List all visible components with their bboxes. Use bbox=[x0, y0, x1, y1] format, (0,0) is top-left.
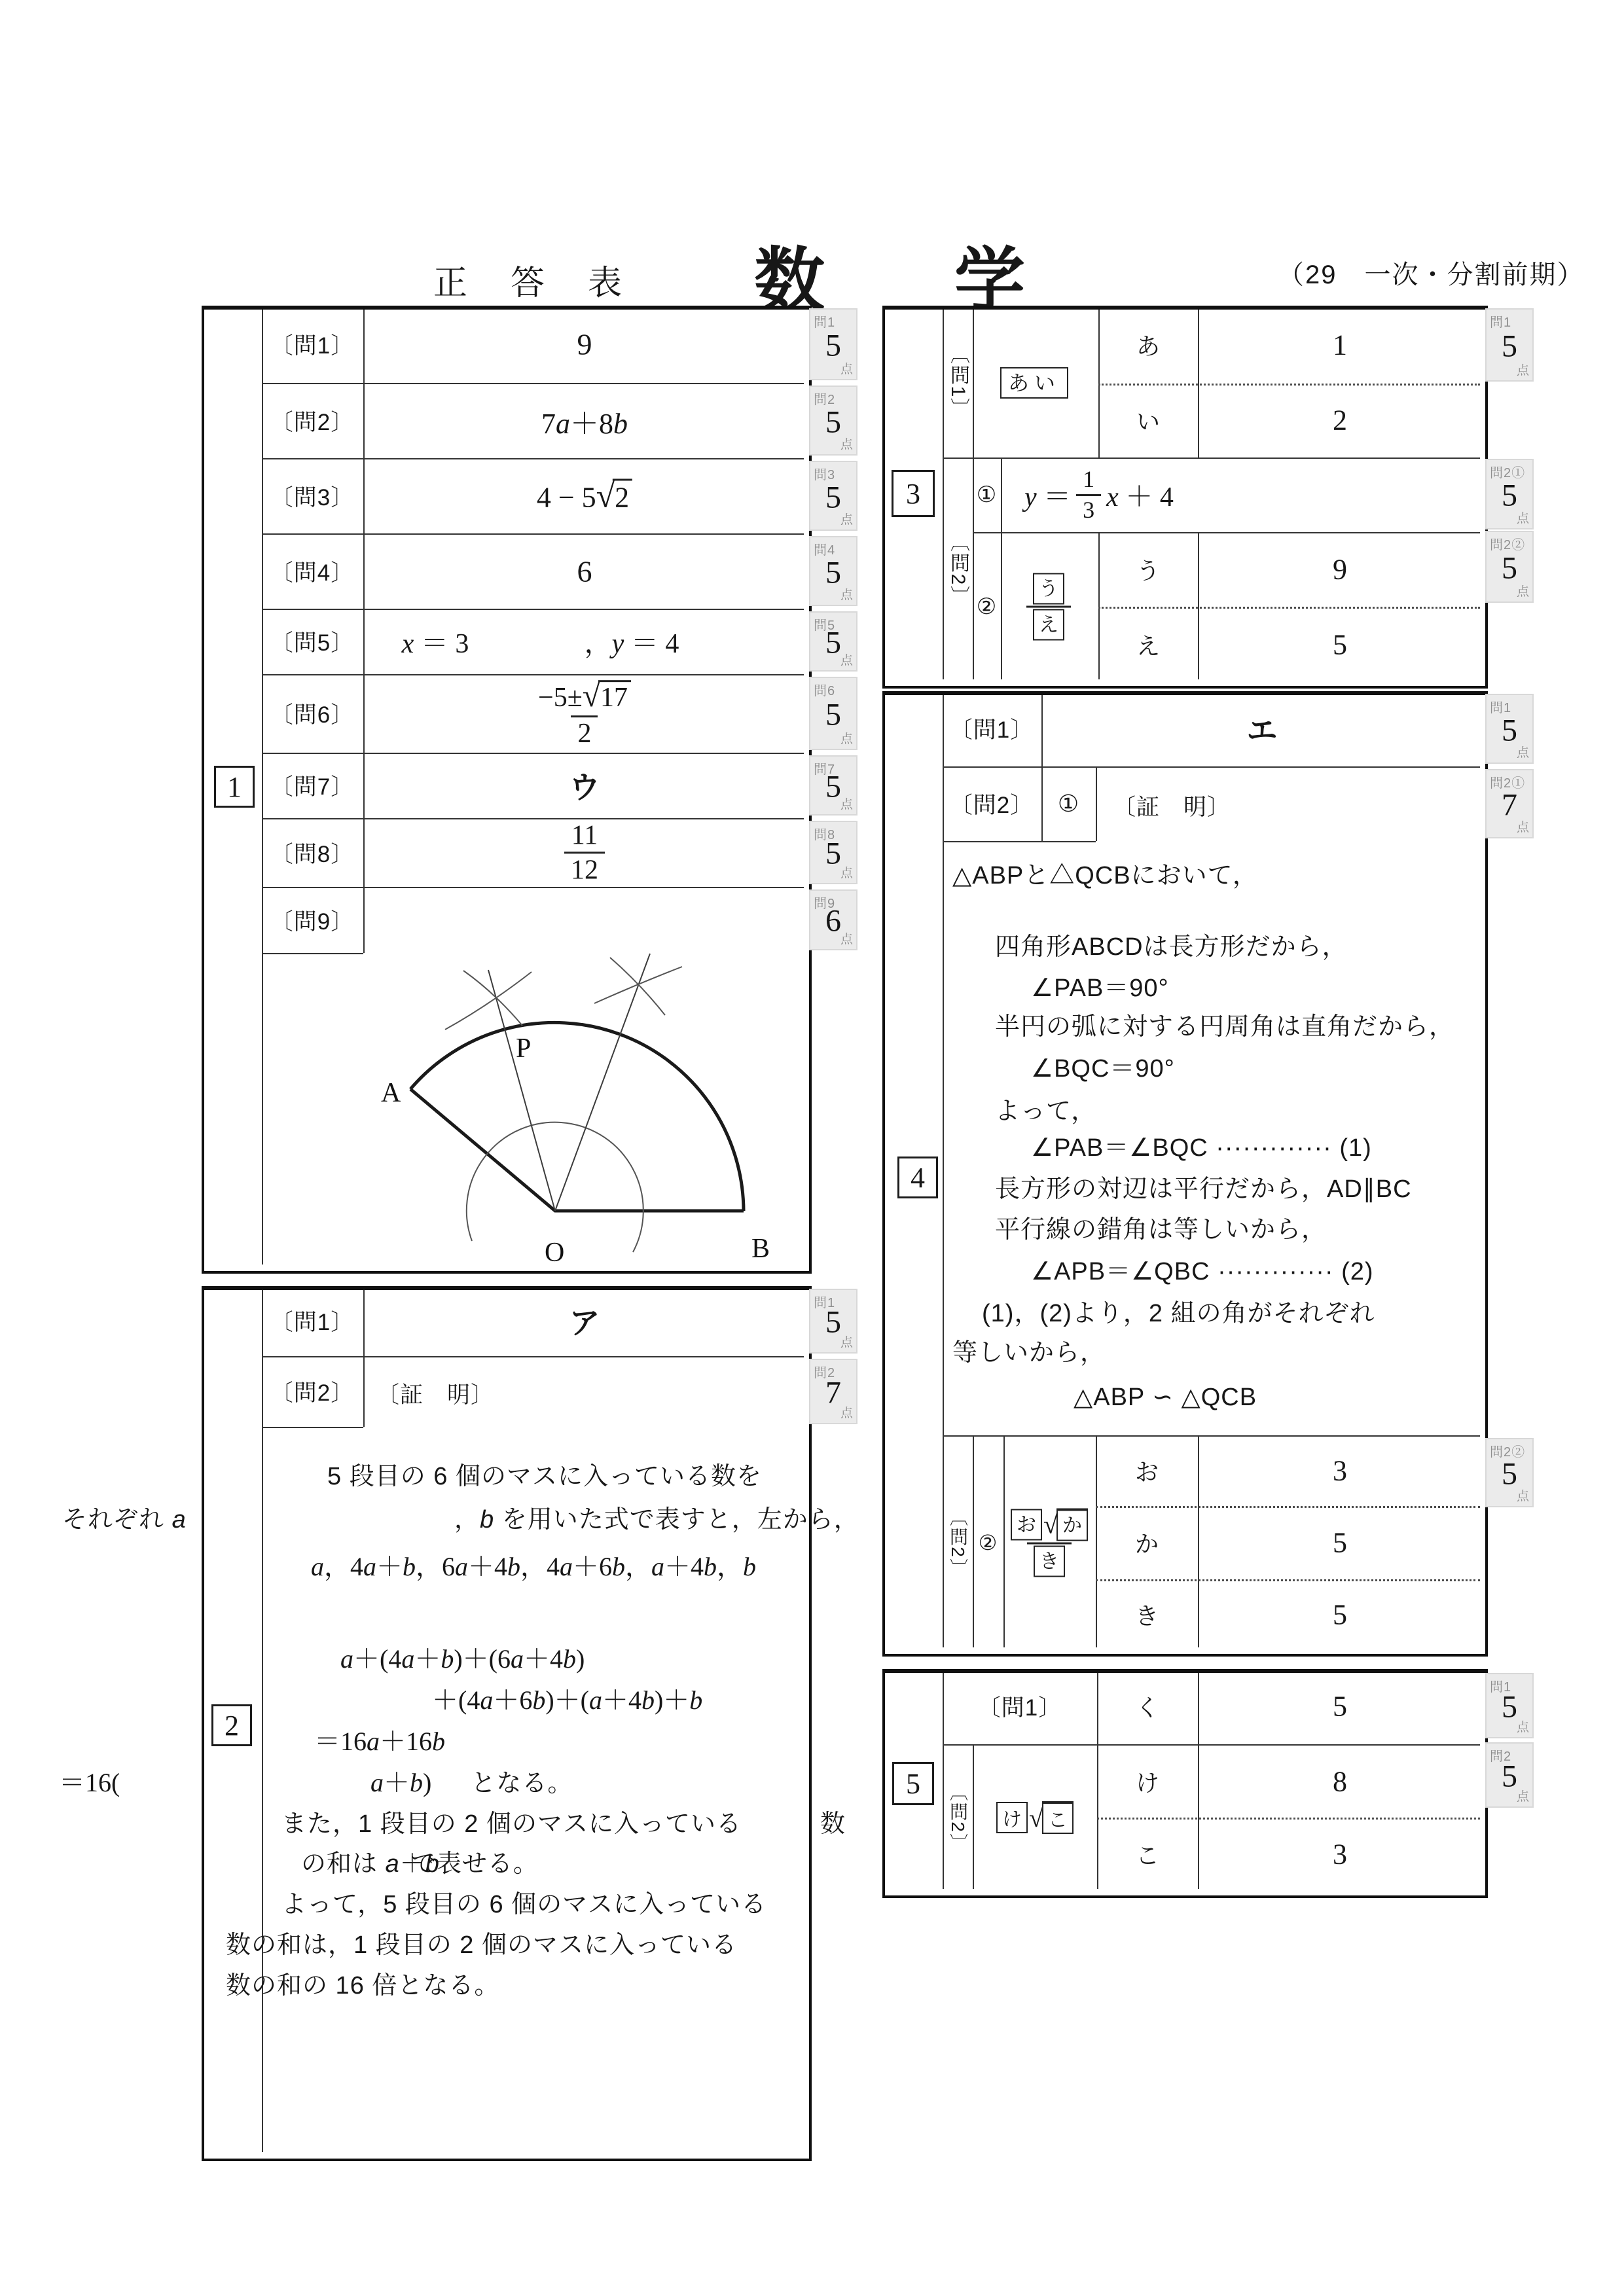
jp-text: また，1 段目の 2 個のマスに入っている bbox=[281, 1810, 742, 1838]
badge-score: 5 bbox=[825, 554, 841, 590]
table4-divider bbox=[1096, 1435, 1097, 1647]
fraction-numerator: 11 bbox=[565, 820, 604, 852]
proof-line: また，1 段目の 2 個のマスに入っている数 bbox=[281, 1803, 846, 1839]
table1-q6-answer: −5±√17 2 bbox=[532, 678, 638, 749]
score-badge: 問15点 bbox=[1485, 308, 1534, 382]
proof-line: ，b を用いた式で表すと，左から， bbox=[454, 1499, 859, 1535]
table4-q1-answer: エ bbox=[1247, 707, 1278, 751]
construction-diagram: A P O B bbox=[367, 952, 812, 1266]
badge-label: 問6 bbox=[814, 680, 835, 699]
fraction: 11 12 bbox=[564, 820, 605, 885]
badge-score: 5 bbox=[1502, 478, 1517, 514]
table4-q2-label: 〔問2〕 bbox=[950, 787, 1034, 820]
badge-unit: 点 bbox=[840, 729, 853, 747]
kana-cell: く bbox=[1136, 1690, 1159, 1723]
proof-line: 数の和の 16 倍となる。 bbox=[226, 1965, 499, 2001]
kana-cell: お bbox=[1135, 1454, 1159, 1488]
fraction: 13 bbox=[1076, 467, 1101, 523]
table2-q1-label: 〔問1〕 bbox=[270, 1304, 354, 1337]
boxed-kana: う bbox=[1033, 573, 1064, 605]
boxed-fraction: う え bbox=[1026, 573, 1071, 641]
table3-dotted-line bbox=[1098, 607, 1480, 609]
badge-unit: 点 bbox=[1517, 743, 1529, 761]
table3-divider bbox=[1198, 532, 1199, 679]
boxed-kana-radicand: こ bbox=[1042, 1801, 1074, 1834]
table5-row-line bbox=[943, 1744, 1480, 1746]
proof-line: 5 段目の 6 個のマスに入っている数を bbox=[327, 1456, 762, 1492]
fraction-denominator: 3 bbox=[1076, 494, 1101, 524]
boxed-kana: あい bbox=[1000, 367, 1068, 399]
expression-text: 4 − 5 bbox=[537, 482, 596, 514]
proof-line: ∠PAB＝90° bbox=[1031, 967, 1169, 1003]
table1-q9-label: 〔問9〕 bbox=[270, 904, 354, 937]
badge-unit: 点 bbox=[1517, 1787, 1529, 1804]
fraction-numerator: お√か bbox=[1004, 1509, 1094, 1543]
table2-divider bbox=[363, 1290, 365, 1427]
table4-divider bbox=[943, 695, 944, 1647]
score-badge: 問2②5点 bbox=[1485, 1438, 1534, 1507]
value-cell: 2 bbox=[1333, 404, 1347, 437]
badge-unit: 点 bbox=[840, 1403, 853, 1421]
table3-divider bbox=[1001, 457, 1002, 679]
table4-dotted-line bbox=[1096, 1579, 1480, 1581]
badge-score: 5 bbox=[1502, 1456, 1517, 1492]
table1-row-line bbox=[262, 818, 804, 819]
table3-q1-label: 〔問1〕 bbox=[943, 344, 972, 420]
table5-section-number: 5 bbox=[892, 1762, 934, 1805]
table1-divider bbox=[262, 310, 263, 1265]
badge-score: 7 bbox=[825, 1374, 841, 1410]
table1-q8-label: 〔問8〕 bbox=[270, 836, 354, 869]
proof-line: 等しいから， bbox=[952, 1332, 1106, 1368]
score-badge: 問96点 bbox=[809, 889, 857, 950]
fraction-denominator: 12 bbox=[564, 852, 605, 886]
proof-line: 長方形の対辺は平行だから，AD∥BC bbox=[995, 1168, 1412, 1204]
math-text: a＋b) bbox=[370, 1768, 431, 1797]
value-cell: 3 bbox=[1333, 1838, 1347, 1871]
badge-score: 7 bbox=[1502, 787, 1517, 823]
table5-divider bbox=[973, 1744, 974, 1889]
compass-arc-cross1 bbox=[463, 971, 522, 1026]
sub-number-2: ② bbox=[977, 594, 996, 620]
boxed-kana: お bbox=[1011, 1509, 1042, 1541]
boxed-kana: え bbox=[1033, 609, 1064, 641]
table1-q2-label: 〔問2〕 bbox=[270, 404, 354, 437]
sqrt-expression: √17 bbox=[583, 683, 631, 713]
badge-score: 5 bbox=[1502, 1689, 1517, 1725]
table5-dotted-line bbox=[1097, 1818, 1480, 1820]
badge-unit: 点 bbox=[1517, 509, 1529, 526]
badge-unit: 点 bbox=[840, 929, 853, 947]
proof-line: a＋b)となる。 bbox=[370, 1762, 573, 1799]
table5-divider bbox=[1198, 1673, 1199, 1889]
compass-arc-small bbox=[467, 1122, 643, 1252]
badge-unit: 点 bbox=[840, 359, 853, 377]
table3-section-number: 3 bbox=[892, 470, 935, 517]
boxed-fraction: お√か き bbox=[1004, 1509, 1094, 1577]
table5-q2-answer-box: け√こ bbox=[996, 1801, 1074, 1834]
value-cell: 1 bbox=[1333, 329, 1347, 362]
proof-line: 数の和は，1 段目の 2 個のマスに入っている bbox=[226, 1924, 737, 1960]
kana-cell: き bbox=[1135, 1598, 1159, 1632]
construction-line-left bbox=[488, 970, 555, 1211]
badge-unit: 点 bbox=[1517, 582, 1529, 600]
badge-score: 5 bbox=[825, 836, 841, 872]
proof-line: ＝16a＋16b bbox=[314, 1721, 445, 1758]
proof-line: a，4a＋b，6a＋4b，4a＋6b，a＋4b，b bbox=[311, 1546, 756, 1583]
proof-line: ∠PAB＝∠BQC ············· (1) bbox=[1031, 1127, 1372, 1163]
table5-divider bbox=[1097, 1673, 1098, 1889]
table4-proof-heading: 〔証 明〕 bbox=[1113, 789, 1231, 822]
kana-cell: け bbox=[1136, 1765, 1159, 1799]
table4-divider bbox=[1096, 766, 1097, 841]
table2-frame bbox=[202, 1286, 812, 2161]
badge-score: 6 bbox=[825, 903, 841, 939]
badge-score: 5 bbox=[825, 479, 841, 515]
table4-dotted-line bbox=[1096, 1506, 1480, 1508]
fraction-denominator: え bbox=[1026, 606, 1071, 641]
table1-q7-answer: ウ bbox=[569, 764, 600, 808]
badge-unit: 点 bbox=[840, 585, 853, 603]
table1-q1-answer: 9 bbox=[577, 327, 592, 362]
table4-row-line bbox=[943, 841, 1096, 842]
score-badge: 問35点 bbox=[809, 461, 857, 531]
table1-row-line bbox=[262, 674, 804, 675]
fraction-numerator: う bbox=[1026, 573, 1071, 606]
badge-unit: 点 bbox=[840, 1333, 853, 1350]
proof-line: の和は a＋bで表せる。 bbox=[301, 1843, 539, 1879]
proof-line-overflow: ＝16( bbox=[59, 1762, 120, 1799]
table3-row-line bbox=[973, 532, 1480, 533]
table4-divider bbox=[973, 1435, 974, 1647]
boxed-kana-radicand: か bbox=[1056, 1509, 1088, 1541]
badge-score: 5 bbox=[1502, 329, 1517, 365]
equation-post: x ＋ 4 bbox=[1106, 475, 1174, 514]
fraction-denominator: 2 bbox=[571, 715, 598, 749]
table1-q2-answer: 7a＋8b bbox=[541, 400, 628, 442]
kana-cell: え bbox=[1136, 628, 1160, 662]
proof-line: 半円の弧に対する円周角は直角だから， bbox=[995, 1006, 1454, 1042]
table1-row-line bbox=[262, 383, 804, 384]
table5-divider bbox=[943, 1673, 944, 1889]
kana-cell: あ bbox=[1136, 329, 1160, 362]
proof-line: よって，5 段目の 6 個のマスに入っている bbox=[281, 1884, 767, 1920]
table3-q2-2-answer-box: う え bbox=[1026, 573, 1071, 641]
table3-row-line bbox=[943, 457, 1480, 459]
score-badge: 問2②5点 bbox=[1485, 531, 1534, 603]
table1-row-line bbox=[262, 753, 804, 754]
table4-q2-2-answer-box: お√か き bbox=[1004, 1509, 1094, 1577]
table4-q1-label: 〔問1〕 bbox=[950, 712, 1034, 745]
score-badge: 問25点 bbox=[1485, 1742, 1534, 1808]
construction-line-right bbox=[555, 954, 650, 1211]
table1-q4-label: 〔問4〕 bbox=[270, 555, 354, 588]
table1-q3-answer: 4 − 5√2 bbox=[537, 477, 632, 516]
table2-q1-answer: ア bbox=[569, 1299, 600, 1343]
table2-row-line bbox=[262, 1356, 804, 1357]
jp-text: 表せる。 bbox=[437, 1850, 539, 1878]
equation-pre: y ＝ bbox=[1024, 475, 1071, 514]
radicand: 17 bbox=[598, 680, 631, 713]
value-cell: 5 bbox=[1333, 1526, 1347, 1560]
table2-row-line bbox=[262, 1427, 363, 1428]
badge-unit: 点 bbox=[840, 651, 853, 668]
sector-arc bbox=[410, 1022, 744, 1211]
table2-proof-heading: 〔証 明〕 bbox=[376, 1377, 494, 1410]
value-cell: 5 bbox=[1333, 1690, 1347, 1723]
badge-unit: 点 bbox=[840, 435, 853, 452]
proof-line: ＋(4a＋6b)＋(a＋4b)＋b bbox=[432, 1679, 702, 1717]
diagram-point-B: B bbox=[751, 1234, 770, 1264]
badge-label: 問1 bbox=[1490, 312, 1511, 331]
score-badge: 問45点 bbox=[809, 536, 857, 606]
table4-q2-label-vertical: 〔問2〕 bbox=[945, 1507, 971, 1578]
badge-unit: 点 bbox=[1517, 1486, 1529, 1504]
badge-unit: 点 bbox=[1517, 817, 1529, 835]
table1-section-number: 1 bbox=[214, 766, 255, 808]
page-title-left: 正答表 bbox=[433, 255, 665, 304]
expression-text: −5± bbox=[538, 683, 583, 713]
kana-cell: か bbox=[1135, 1526, 1159, 1560]
table1-row-line bbox=[262, 953, 363, 954]
badge-score: 5 bbox=[825, 697, 841, 733]
fraction: −5±√17 2 bbox=[532, 678, 638, 749]
score-badge: 問65点 bbox=[809, 677, 857, 750]
proof-line: △ABPと△QCBにおいて， bbox=[952, 855, 1258, 891]
proof-line-overflow: それぞれ a bbox=[62, 1499, 187, 1535]
table2-q2-label: 〔問2〕 bbox=[270, 1375, 354, 1408]
score-badge: 問85点 bbox=[809, 821, 857, 884]
table1-q8-answer: 11 12 bbox=[564, 820, 605, 885]
table3-q2-1-answer: y ＝ 13 x ＋ 4 bbox=[1024, 465, 1174, 525]
table1-q5-answer-x: x ＝ 3 bbox=[402, 622, 469, 661]
score-badge: 問75点 bbox=[809, 755, 857, 816]
sqrt-expression: √2 bbox=[596, 482, 633, 514]
score-badge: 問25点 bbox=[809, 386, 857, 456]
value-cell: 5 bbox=[1333, 628, 1347, 662]
radical-sign: √ bbox=[1043, 1511, 1058, 1539]
badge-score: 5 bbox=[825, 1304, 841, 1340]
boxed-kana: き bbox=[1034, 1546, 1065, 1577]
value-cell: 3 bbox=[1333, 1454, 1347, 1488]
proof-line: a＋(4a＋b)＋(6a＋4b) bbox=[340, 1638, 585, 1676]
score-badge: 問2①5点 bbox=[1485, 459, 1534, 529]
table1-q4-answer: 6 bbox=[577, 554, 592, 589]
diagram-point-O: O bbox=[545, 1238, 564, 1266]
table3-q1-answer-box: あい bbox=[1000, 367, 1068, 397]
score-badge: 問2①7点 bbox=[1485, 769, 1534, 838]
badge-score: 5 bbox=[1502, 550, 1517, 586]
jp-text: 数 bbox=[820, 1810, 846, 1838]
radical-sign: √ bbox=[583, 677, 600, 713]
table4-row-line bbox=[943, 766, 1480, 768]
badge-score: 5 bbox=[825, 328, 841, 364]
table1-q5-label: 〔問5〕 bbox=[270, 625, 354, 658]
fraction-denominator: き bbox=[1027, 1543, 1072, 1577]
badge-unit: 点 bbox=[840, 510, 853, 528]
table5-q2-label: 〔問2〕 bbox=[945, 1782, 971, 1853]
value-cell: 9 bbox=[1333, 553, 1347, 586]
sub-number-1: ① bbox=[977, 482, 996, 508]
badge-score: 5 bbox=[825, 404, 841, 440]
fraction-numerator: −5±√17 bbox=[532, 678, 638, 715]
badge-score: 5 bbox=[1502, 712, 1517, 748]
table1-row-line bbox=[262, 887, 804, 888]
table5-q1-label: 〔問1〕 bbox=[978, 1690, 1062, 1723]
table3-dotted-line bbox=[1098, 384, 1480, 386]
value-cell: 8 bbox=[1333, 1765, 1347, 1799]
boxed-expression: け√こ bbox=[996, 1801, 1074, 1834]
sub-number-2: ② bbox=[979, 1530, 998, 1555]
table3-divider bbox=[1098, 532, 1100, 679]
boxed-kana: け bbox=[996, 1802, 1028, 1833]
sub-number-1: ① bbox=[1058, 790, 1079, 817]
diagram-point-P: P bbox=[516, 1033, 531, 1064]
answer-sheet-page: 正答表 数学 （29 一次・分割前期） 1 〔問1〕 〔問2〕 〔問3〕 〔問4… bbox=[0, 0, 1624, 2296]
proof-line: よって， bbox=[995, 1090, 1096, 1126]
score-badge: 問55点 bbox=[809, 611, 857, 672]
table2-divider bbox=[262, 1290, 263, 2152]
proof-line: ∠BQC＝90° bbox=[1031, 1048, 1175, 1084]
table4-section-number: 4 bbox=[897, 1157, 938, 1198]
jp-text-overlapped: で bbox=[411, 1850, 437, 1878]
proof-line: (1)，(2)より，2 組の角がそれぞれ bbox=[982, 1293, 1375, 1329]
score-badge: 問15点 bbox=[809, 308, 857, 380]
table4-row-line bbox=[943, 1435, 1480, 1437]
table1-row-line bbox=[262, 458, 804, 459]
badge-unit: 点 bbox=[1517, 1717, 1529, 1735]
badge-unit: 点 bbox=[1517, 361, 1529, 378]
proof-line: 平行線の錯角は等しいから， bbox=[995, 1209, 1327, 1245]
badge-score: 5 bbox=[1502, 1758, 1517, 1794]
score-badge: 問15点 bbox=[1485, 694, 1534, 764]
table1-q1-label: 〔問1〕 bbox=[270, 328, 354, 361]
page-title-right: （29 一次・分割前期） bbox=[1278, 254, 1585, 291]
table1-q5-answer-y: ，y ＝ 4 bbox=[585, 622, 679, 661]
proof-line: ∠APB＝∠QBC ············· (2) bbox=[1031, 1251, 1374, 1287]
value-cell: 5 bbox=[1333, 1598, 1347, 1632]
radical-sign: √ bbox=[1029, 1803, 1043, 1833]
score-badge: 問27点 bbox=[809, 1359, 857, 1424]
badge-score: 5 bbox=[825, 768, 841, 804]
table3-q2-label: 〔問2〕 bbox=[943, 532, 972, 607]
kana-cell: う bbox=[1136, 553, 1160, 586]
badge-unit: 点 bbox=[840, 863, 853, 881]
score-badge: 問15点 bbox=[809, 1289, 857, 1354]
kana-cell: こ bbox=[1136, 1838, 1159, 1871]
table4-divider bbox=[1041, 695, 1043, 841]
table1-q3-label: 〔問3〕 bbox=[270, 480, 354, 512]
score-badge: 問15点 bbox=[1485, 1673, 1534, 1738]
table1-q6-label: 〔問6〕 bbox=[270, 697, 354, 730]
table1-row-line bbox=[262, 609, 804, 610]
diagram-point-A: A bbox=[381, 1078, 401, 1108]
proof-line: 四角形ABCDは長方形だから， bbox=[995, 926, 1348, 962]
table4-divider bbox=[1198, 1435, 1199, 1647]
table1-divider bbox=[363, 310, 365, 953]
proof-conclusion: △ABP ∽ △QCB bbox=[1074, 1382, 1257, 1412]
badge-unit: 点 bbox=[840, 795, 853, 812]
table1-row-line bbox=[262, 533, 804, 535]
fraction-numerator: 1 bbox=[1076, 467, 1101, 494]
kana-cell: い bbox=[1136, 404, 1160, 437]
table1-q7-label: 〔問7〕 bbox=[270, 769, 354, 802]
badge-score: 5 bbox=[825, 624, 841, 660]
radicand: 2 bbox=[613, 479, 632, 514]
table3-divider bbox=[973, 310, 974, 679]
table2-section-number: 2 bbox=[211, 1704, 252, 1746]
jp-text: となる。 bbox=[471, 1770, 573, 1797]
